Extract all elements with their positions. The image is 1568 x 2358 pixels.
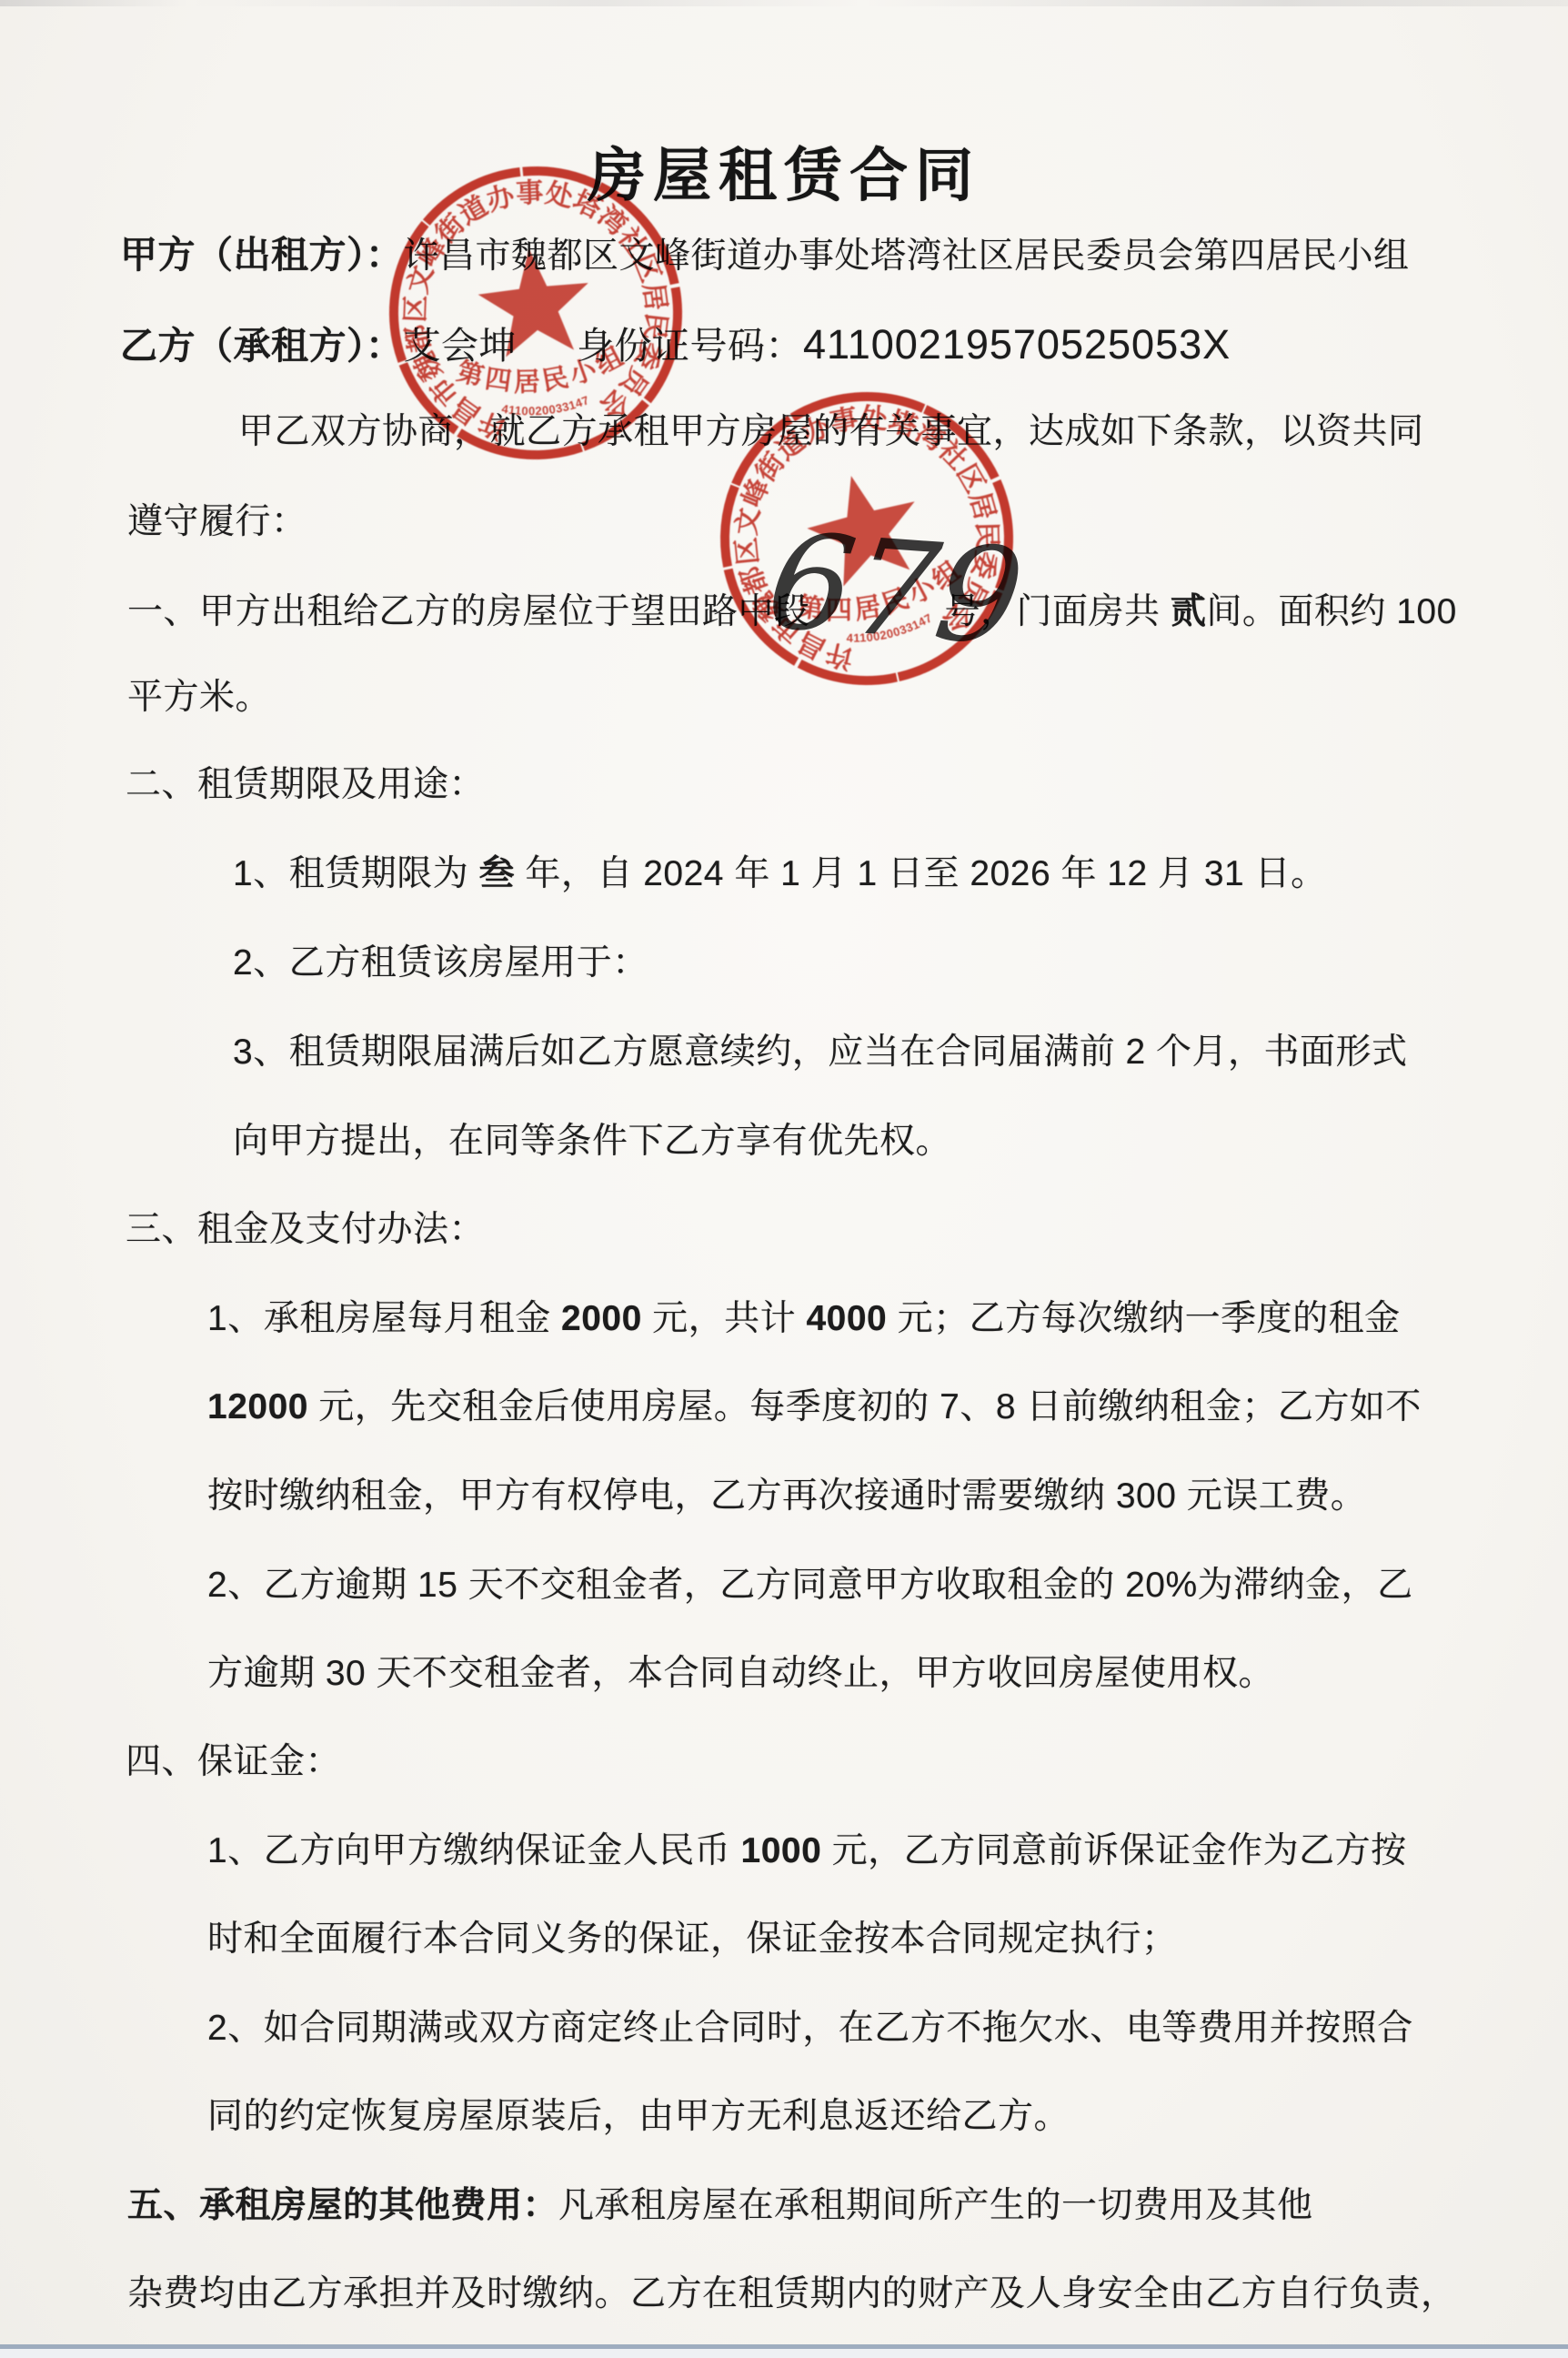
- section3-heading: 三、租金及支付办法：: [126, 1209, 485, 1252]
- section2-item2: 2、乙方租赁该房屋用于：: [233, 942, 648, 985]
- clause1-pre: 一、甲方出租给乙方的房屋位于望田路中段: [127, 592, 810, 631]
- section4-item2-line2: 同的约定恢复房屋原装后，由甲方无利息返还给乙方。: [207, 2096, 1070, 2139]
- section5-line1: 五、承租房屋的其他费用：凡承租房屋在承租期间所产生的一切费用及其他: [127, 2185, 1313, 2228]
- section2-heading: 二、租赁期限及用途：: [126, 764, 485, 807]
- party-b-label: 乙方（承租方）：: [120, 325, 404, 367]
- scan-edge-artifact-top: [0, 0, 1568, 6]
- scanned-contract-page: 房屋租赁合同 甲方（出租方）：许昌市魏都区文峰街道办事处塔湾社区居民委员会第四居…: [0, 0, 1568, 2358]
- quarterly-rent-amount: 12000: [207, 1387, 308, 1426]
- seal-star-icon: [474, 243, 595, 359]
- section4-item1-line1: 1、乙方向甲方缴纳保证金人民币 1000 元，乙方同意前诉保证金作为乙方按: [207, 1830, 1407, 1873]
- term-years: 叁: [479, 854, 516, 893]
- section4-item1-line2: 时和全面履行本合同义务的保证，保证金按本合同规定执行；: [207, 1919, 1178, 1961]
- section4-heading: 四、保证金：: [126, 1741, 341, 1784]
- section2-item1: 1、租赁期限为 叁 年，自 2024 年 1 月 1 日至 2026 年 12 …: [233, 853, 1327, 896]
- term-post: 年，自 2024 年 1 月 1 日至 2026 年 12 月 31 日。: [515, 854, 1327, 893]
- seal-serial-number: 4110020033147: [499, 393, 592, 422]
- clause1-room-count: 贰: [1171, 592, 1207, 631]
- svg-text:4110020033147: 4110020033147: [499, 393, 592, 422]
- scan-edge-paper-bottom: [0, 2349, 1568, 2358]
- section2-item3-line2: 向甲方提出，在同等条件下乙方享有优先权。: [233, 1121, 951, 1164]
- section5-rest: 凡承租房屋在承租期间所产生的一切费用及其他: [558, 2186, 1313, 2225]
- section3-item2-line2: 方逾期 30 天不交租金者，本合同自动终止，甲方收回房屋使用权。: [207, 1653, 1274, 1696]
- deposit-pre: 1、乙方向甲方缴纳保证金人民币: [207, 1831, 741, 1870]
- section3-item1-line3: 按时缴纳租金，甲方有权停电，乙方再次接通时需要缴纳 300 元误工费。: [207, 1476, 1366, 1518]
- section5-line2: 杂费均由乙方承担并及时缴纳。乙方在租赁期内的财产及人身安全由乙方自行负责，: [127, 2273, 1457, 2316]
- section2-item3-line1: 3、租赁期限届满后如乙方愿意续约，应当在合同届满前 2 个月，书面形式: [233, 1032, 1408, 1074]
- clause1-post: 间。面积约 100: [1206, 592, 1456, 631]
- party-a-label: 甲方（出租方）：: [120, 234, 404, 276]
- party-a-line: 甲方（出租方）：许昌市魏都区文峰街道办事处塔湾社区居民委员会第四居民小组: [120, 233, 1410, 278]
- section4-item2-line1: 2、如合同期满或双方商定终止合同时，在乙方不拖欠水、电等费用并按照合: [207, 2008, 1413, 2051]
- official-seal-top: 许昌市魏都区文峰街道办事处塔湾社区居民委员会 第四居民小组 4110020033…: [366, 143, 706, 483]
- id-number: 41100219570525053X: [803, 321, 1231, 368]
- term-pre: 1、租赁期限为: [233, 854, 479, 893]
- rent-pre: 1、承租房屋每月租金: [207, 1299, 561, 1338]
- intro-line-2: 遵守履行：: [127, 501, 307, 544]
- deposit-amount: 1000: [741, 1831, 822, 1870]
- section3-item2-line1: 2、乙方逾期 15 天不交租金者，乙方同意甲方收取租金的 20%为滞纳金，乙: [207, 1565, 1413, 1607]
- clause1-line-2: 平方米。: [127, 677, 271, 720]
- rent-post: 元；乙方每次缴纳一季度的租金: [887, 1299, 1400, 1338]
- section5-heading: 五、承租房屋的其他费用：: [127, 2186, 558, 2225]
- section3-item1-line2: 12000 元，先交租金后使用房屋。每季度初的 7、8 日前缴纳租金；乙方如不: [207, 1386, 1422, 1429]
- quarterly-rent-post: 元，先交租金后使用房屋。每季度初的 7、8 日前缴纳租金；乙方如不: [308, 1387, 1422, 1426]
- rent-mid: 元，共计: [642, 1299, 807, 1338]
- section3-item1-line1: 1、承租房屋每月租金 2000 元，共计 4000 元；乙方每次缴纳一季度的租金: [207, 1298, 1401, 1341]
- handwritten-house-number: 679: [760, 516, 1030, 664]
- monthly-rent-amount: 2000: [561, 1299, 642, 1338]
- total-rent-amount: 4000: [806, 1299, 887, 1338]
- document-title: 房屋租赁合同: [0, 129, 1568, 213]
- deposit-post: 元，乙方同意前诉保证金作为乙方按: [821, 1831, 1406, 1870]
